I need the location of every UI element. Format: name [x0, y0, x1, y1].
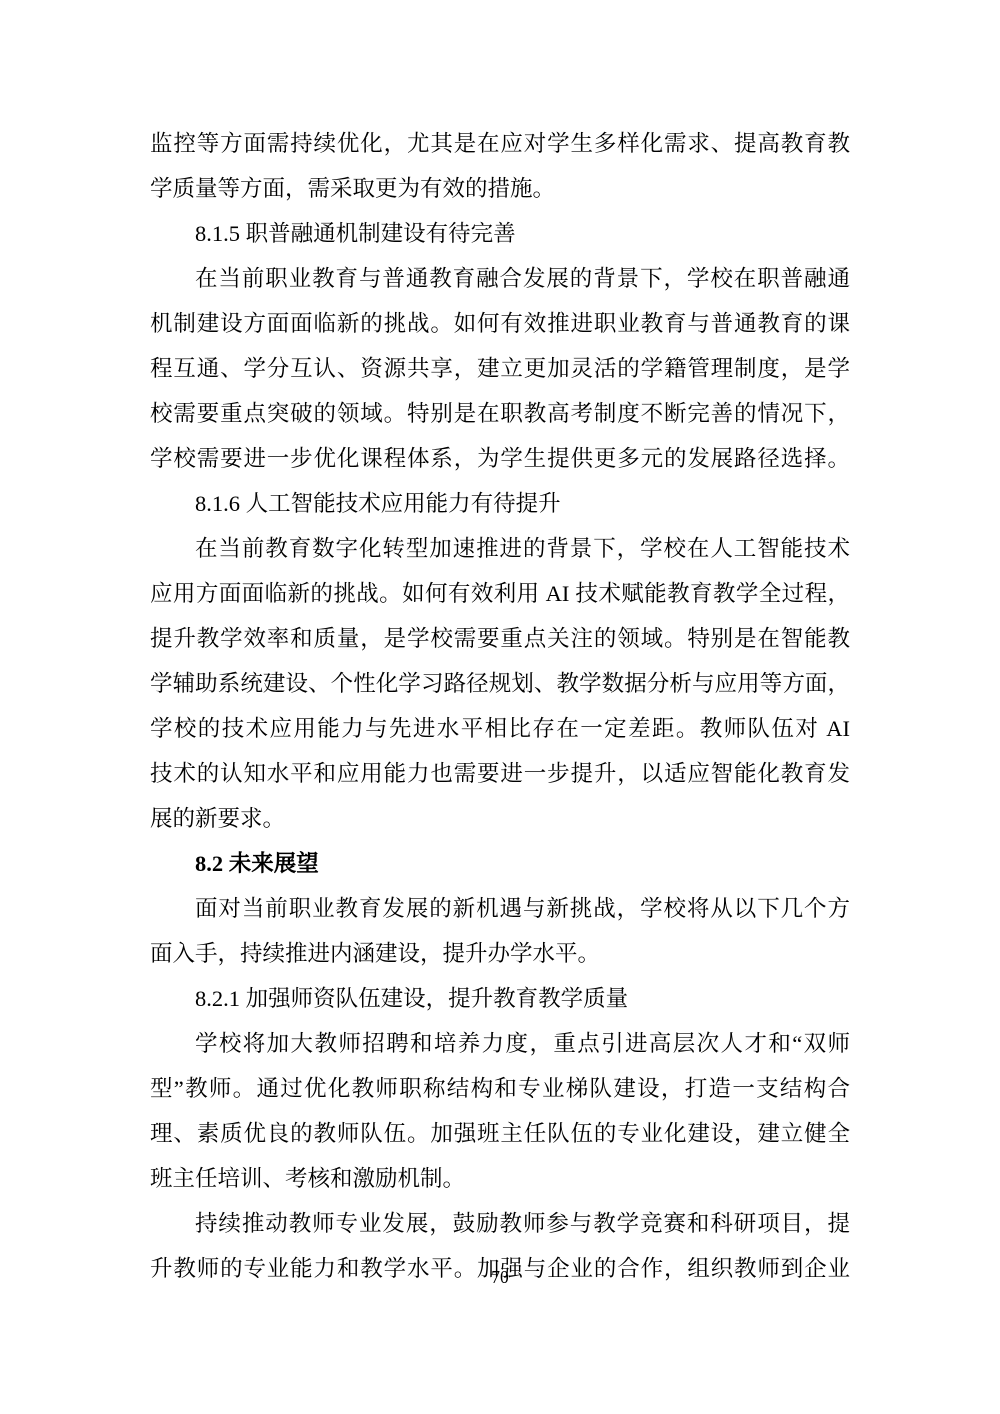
text-line: 型”教师。通过优化教师职称结构和专业梯队建设，打造一支结构合 — [150, 1066, 850, 1111]
text-line: 展的新要求。 — [150, 796, 850, 841]
text-line: 班主任培训、考核和激励机制。 — [150, 1156, 850, 1201]
document-body: 监控等方面需持续优化，尤其是在应对学生多样化需求、提高教育教 学质量等方面，需采… — [150, 121, 850, 1291]
text-line: 在当前教育数字化转型加速推进的背景下，学校在人工智能技术 — [150, 526, 850, 571]
text-line: 学校将加大教师招聘和培养力度，重点引进高层次人才和“双师 — [150, 1021, 850, 1066]
text-line: 面对当前职业教育发展的新机遇与新挑战，学校将从以下几个方 — [150, 886, 850, 931]
text-line: 理、素质优良的教师队伍。加强班主任队伍的专业化建设，建立健全 — [150, 1111, 850, 1156]
text-line: 学辅助系统建设、个性化学习路径规划、教学数据分析与应用等方面， — [150, 661, 850, 706]
heading-8-2-1: 8.2.1 加强师资队伍建设，提升教育教学质量 — [150, 976, 850, 1021]
text-line: 技术的认知水平和应用能力也需要进一步提升，以适应智能化教育发 — [150, 751, 850, 796]
heading-8-1-6: 8.1.6 人工智能技术应用能力有待提升 — [150, 481, 850, 526]
text-line: 应用方面面临新的挑战。如何有效利用 AI 技术赋能教育教学全过程， — [150, 571, 850, 616]
text-line: 学校需要进一步优化课程体系，为学生提供更多元的发展路径选择。 — [150, 436, 850, 481]
page-number: 70 — [0, 1264, 1000, 1290]
heading-8-1-5: 8.1.5 职普融通机制建设有待完善 — [150, 211, 850, 256]
text-line: 持续推动教师专业发展，鼓励教师参与教学竞赛和科研项目，提 — [150, 1201, 850, 1246]
text-line: 学质量等方面，需采取更为有效的措施。 — [150, 166, 850, 211]
heading-8-2: 8.2 未来展望 — [150, 841, 850, 886]
text-line: 在当前职业教育与普通教育融合发展的背景下，学校在职普融通 — [150, 256, 850, 301]
document-page: 监控等方面需持续优化，尤其是在应对学生多样化需求、提高教育教 学质量等方面，需采… — [0, 0, 1000, 1414]
text-line: 学校的技术应用能力与先进水平相比存在一定差距。教师队伍对 AI — [150, 706, 850, 751]
text-line: 机制建设方面面临新的挑战。如何有效推进职业教育与普通教育的课 — [150, 301, 850, 346]
text-line: 程互通、学分互认、资源共享，建立更加灵活的学籍管理制度，是学 — [150, 346, 850, 391]
text-line: 面入手，持续推进内涵建设，提升办学水平。 — [150, 931, 850, 976]
text-line: 监控等方面需持续优化，尤其是在应对学生多样化需求、提高教育教 — [150, 121, 850, 166]
text-line: 提升教学效率和质量，是学校需要重点关注的领域。特别是在智能教 — [150, 616, 850, 661]
text-line: 校需要重点突破的领域。特别是在职教高考制度不断完善的情况下， — [150, 391, 850, 436]
